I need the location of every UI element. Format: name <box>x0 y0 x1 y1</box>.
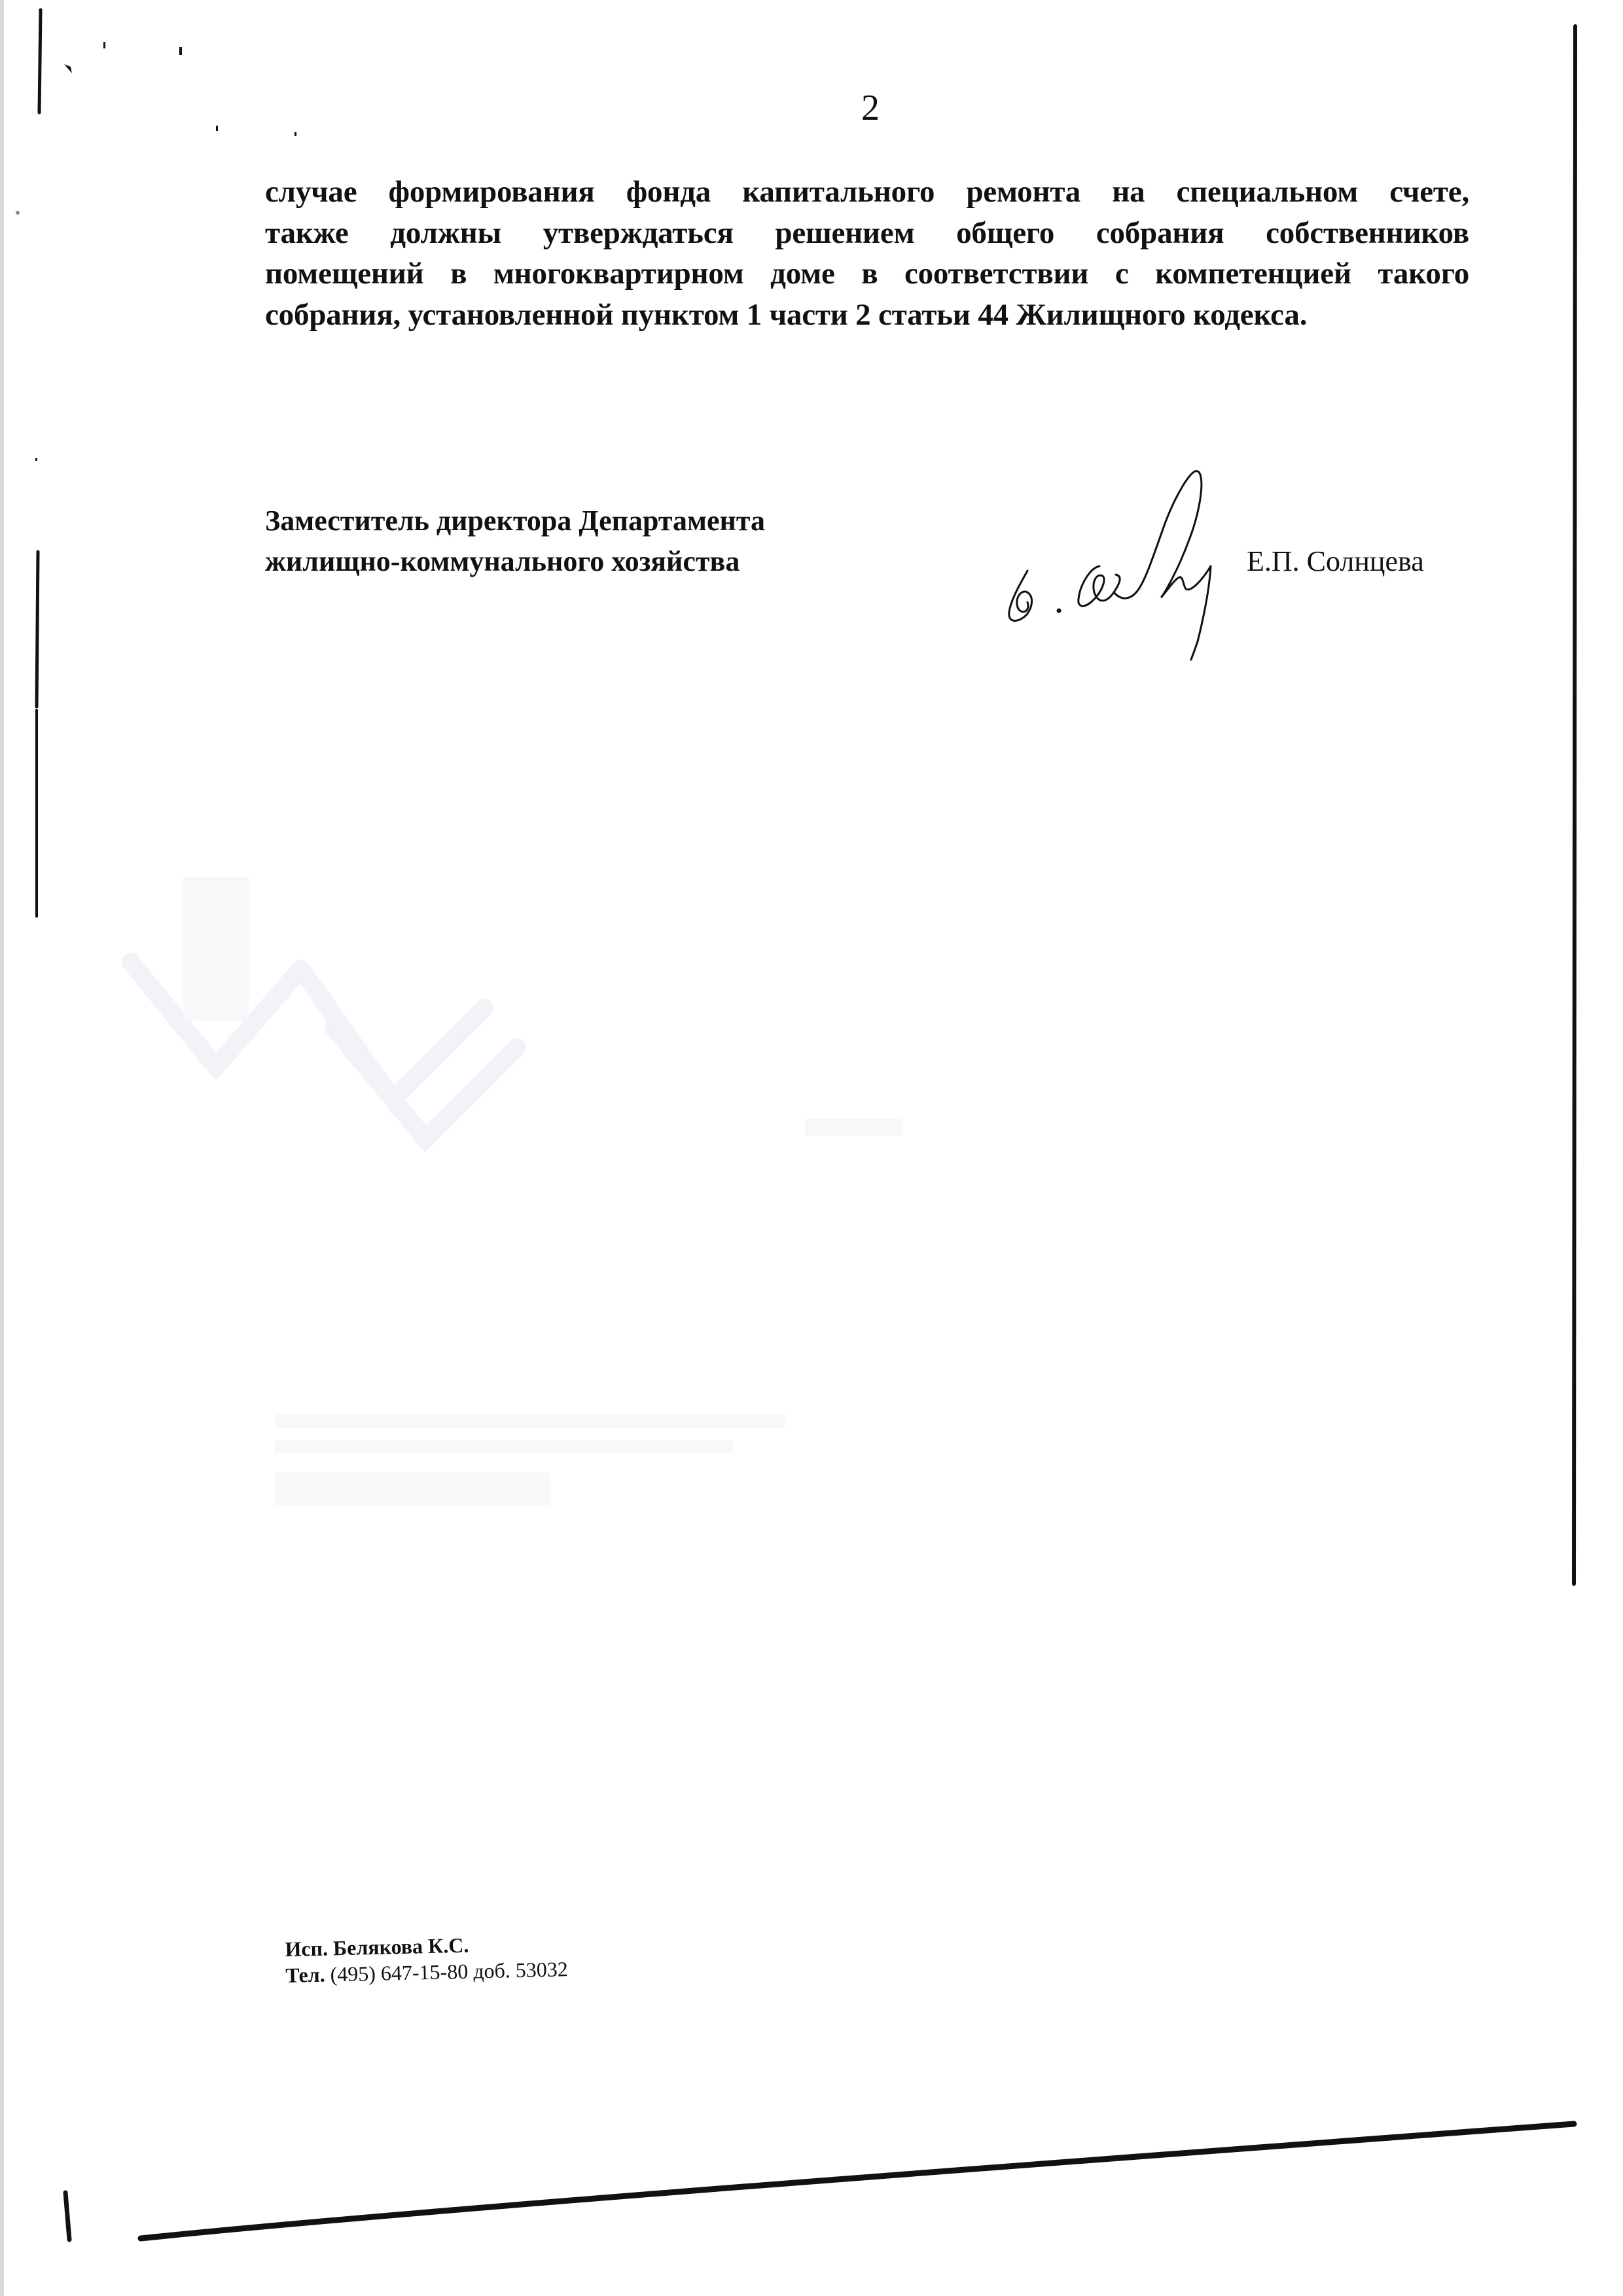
extension-number: 53032 <box>515 1957 568 1982</box>
signer-name: Е.П. Солнцева <box>1247 542 1424 581</box>
extension-label: доб. <box>473 1958 510 1982</box>
scan-edge <box>0 0 4 2296</box>
body-line: помещений в многоквартирном доме в соотв… <box>265 253 1469 295</box>
body-paragraph: случае формирования фонда капитального р… <box>265 171 1469 335</box>
signatory-title-line: Заместитель директора Департамента <box>265 501 765 541</box>
phone-line: Тел. (495) 647-15-80 доб. 53032 <box>285 1956 568 1988</box>
phone-number: (495) 647-15-80 <box>330 1960 468 1986</box>
body-line: собрания, установленной пунктом 1 части … <box>265 295 1469 336</box>
executor-info: Исп. Белякова К.С. Тел. (495) 647-15-80 … <box>285 1929 568 1988</box>
body-line: также должны утверждаться решением общег… <box>265 213 1469 254</box>
page-number: 2 <box>851 88 890 128</box>
signatory-title: Заместитель директора Департамента жилищ… <box>265 501 765 582</box>
bleed-through-emblem-icon <box>118 851 1558 1538</box>
handwritten-signature-icon <box>975 452 1250 674</box>
executor-name: Белякова К.С. <box>333 1933 469 1960</box>
executor-label: Исп. <box>285 1937 328 1961</box>
phone-label: Тел. <box>285 1963 325 1987</box>
signatory-title-line: жилищно-коммунального хозяйства <box>265 541 765 582</box>
body-line: случае формирования фонда капитального р… <box>265 171 1469 213</box>
document-page: 2 случае формирования фонда капитального… <box>0 0 1623 2296</box>
